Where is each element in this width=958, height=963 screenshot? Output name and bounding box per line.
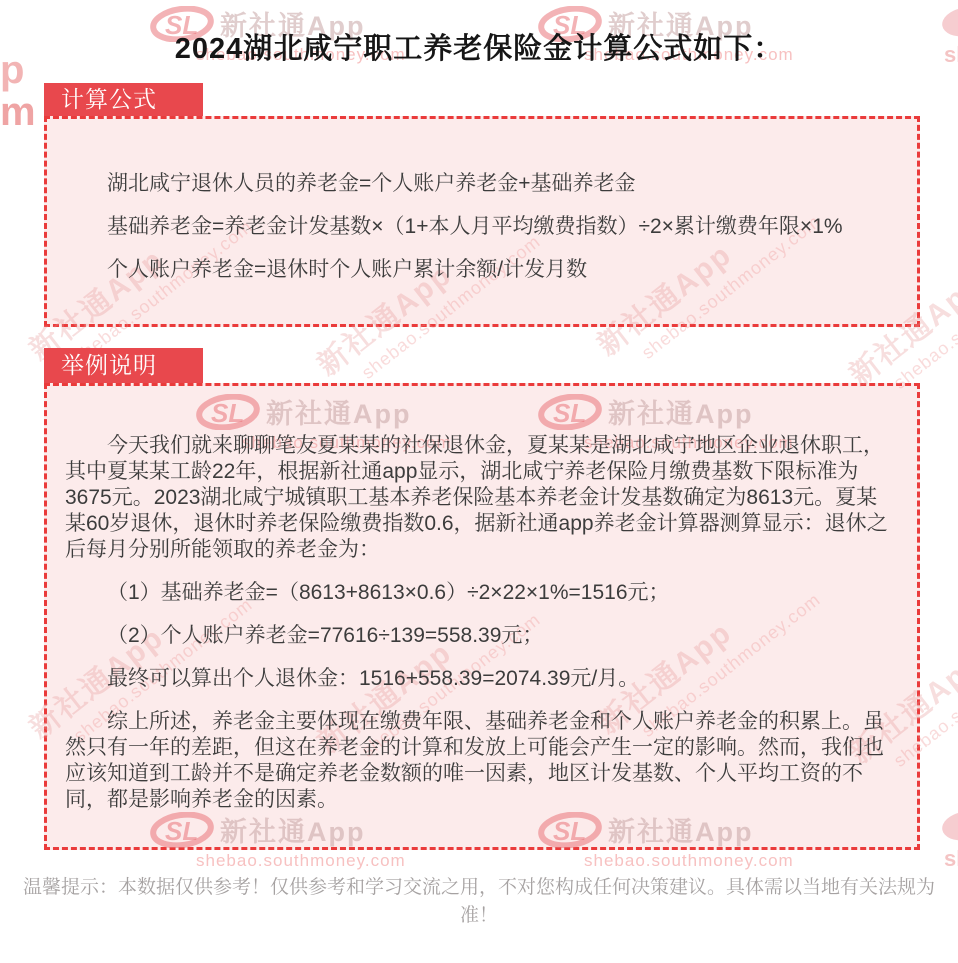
watermark-domain: shebao.southmoney.com bbox=[196, 851, 406, 871]
page: SL 新社通App shebao.southmoney.com SL 新社通Ap… bbox=[0, 0, 958, 963]
watermark-fragment: m bbox=[0, 90, 36, 135]
watermark-domain: shebao.southmoney.com bbox=[584, 851, 794, 871]
example-paragraph: 今天我们就来聊聊笔友夏某某的社保退休金，夏某某是湖北咸宁地区企业退休职工，其中夏… bbox=[65, 433, 893, 563]
watermark-logo-fragment bbox=[940, 808, 958, 843]
example-box: 今天我们就来聊聊笔友夏某某的社保退休金，夏某某是湖北咸宁地区企业退休职工，其中夏… bbox=[44, 383, 920, 850]
section-label-example: 举例说明 bbox=[44, 348, 203, 383]
example-paragraph: （1）基础养老金=（8613+8613×0.6）÷2×22×1%=1516元； bbox=[65, 580, 893, 606]
disclaimer-text: 温馨提示：本数据仅供参考！仅供参考和学习交流之用，不对您构成任何决策建议。具体需… bbox=[9, 874, 949, 930]
section-label-formula: 计算公式 bbox=[44, 83, 203, 116]
formula-line: 个人账户养老金=退休时个人账户累计余额/计发月数 bbox=[65, 258, 887, 281]
page-title: 2024湖北咸宁职工养老保险金计算公式如下： bbox=[0, 26, 958, 67]
example-paragraph: （2）个人账户养老金=77616÷139=558.39元； bbox=[65, 623, 893, 649]
example-paragraph: 最终可以算出个人退休金：1516+558.39=2074.39元/月。 bbox=[65, 666, 893, 692]
formula-line: 基础养老金=养老金计发基数×（1+本人月平均缴费指数）÷2×累计缴费年限×1% bbox=[65, 215, 887, 238]
formula-line: 湖北咸宁退休人员的养老金=个人账户养老金+基础养老金 bbox=[65, 172, 887, 195]
watermark-fragment: sl bbox=[944, 846, 958, 872]
formula-box: 湖北咸宁退休人员的养老金=个人账户养老金+基础养老金 基础养老金=养老金计发基数… bbox=[44, 116, 920, 327]
example-paragraph: 综上所述，养老金主要体现在缴费年限、基础养老金和个人账户养老金的积累上。虽然只有… bbox=[65, 709, 893, 813]
